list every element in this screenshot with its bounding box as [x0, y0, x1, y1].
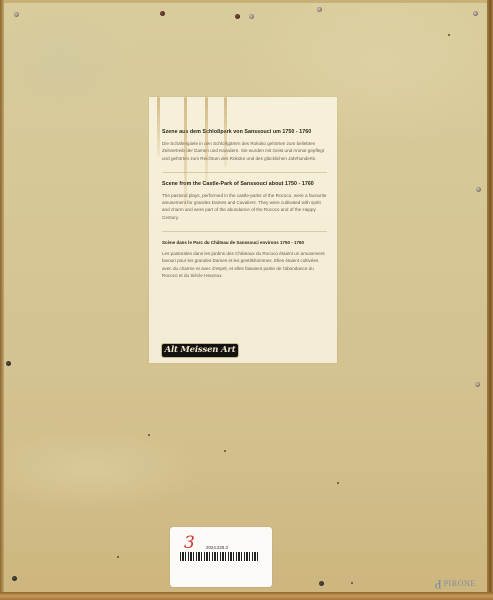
watermark: PPIRONE	[434, 576, 476, 592]
nail	[319, 581, 324, 586]
frame-edge-top	[0, 0, 493, 3]
water-stain	[157, 97, 160, 157]
info-label: Szene aus dem Schloßpark von Sanssouci u…	[149, 97, 337, 363]
water-stain	[205, 97, 208, 182]
nail	[473, 11, 478, 16]
nail	[160, 11, 165, 16]
speck	[224, 450, 226, 452]
frame-edge-left	[0, 0, 4, 600]
water-stain	[224, 97, 227, 167]
watermark-text: PIRONE	[444, 579, 476, 588]
brand-badge: Alt Meissen Art	[161, 343, 239, 358]
inventory-code: 2024.228.3	[206, 545, 228, 550]
frame-edge-right	[487, 0, 493, 600]
watermark-logo-icon: P	[434, 576, 442, 592]
nail	[14, 12, 19, 17]
speck	[337, 482, 339, 484]
body-french: Les pastorales dans les jardins des Chât…	[162, 250, 327, 279]
heading-french: Scène dans le Parc du Château de Sanssou…	[162, 240, 327, 245]
divider	[162, 231, 327, 232]
nail	[235, 14, 240, 19]
speck	[117, 556, 119, 558]
barcode-icon	[180, 552, 260, 561]
frame-edge-bottom	[0, 592, 493, 600]
nail	[249, 14, 254, 19]
inventory-sticker: 3 2024.228.3	[170, 527, 272, 587]
nail	[476, 187, 481, 192]
nail	[317, 7, 322, 12]
speck	[448, 34, 450, 36]
nail	[475, 382, 480, 387]
nail	[12, 576, 17, 581]
speck	[351, 582, 353, 584]
handwritten-number: 3	[184, 533, 195, 553]
water-stain	[184, 97, 187, 207]
frame-back: Szene aus dem Schloßpark von Sanssouci u…	[0, 0, 493, 600]
speck	[148, 434, 150, 436]
nail	[6, 361, 11, 366]
